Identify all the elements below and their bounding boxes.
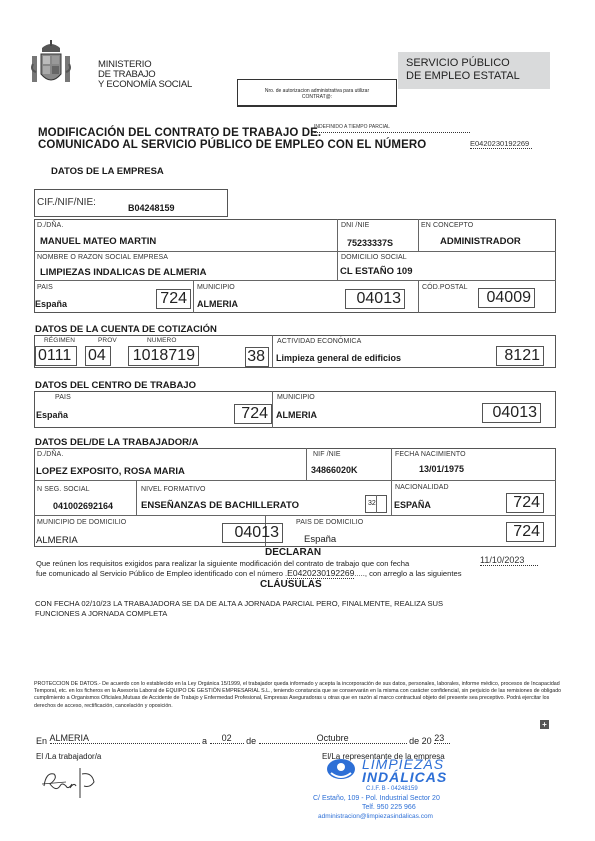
data-protection-notice: PROTECCION DE DATOS.- De acuerdo con lo … [34, 681, 564, 710]
firma-lugar: ALMERIA [50, 733, 200, 744]
declaran-fecha: 11/10/2023 [480, 555, 538, 566]
trab-nacimiento-label: FECHA NACIMIENTO [395, 451, 466, 458]
worker-signature-icon [40, 764, 100, 802]
contract-type: INDEFINIDO A TIEMPO PARCIAL [314, 124, 470, 133]
concepto-label: EN CONCEPTO [421, 222, 473, 229]
trab-nacimiento-value: 13/01/1975 [419, 464, 464, 474]
don-value: MANUEL MATEO MARTIN [40, 236, 156, 247]
concepto-value: ADMINISTRADOR [440, 236, 521, 247]
signature-place-date: En ALMERIA a 02 de Octubre de 20 23 [36, 736, 450, 747]
actividad-value: Limpieza general de edificios [276, 353, 401, 363]
contract-number: E0420230192269 [470, 139, 532, 149]
plus-icon[interactable]: + [540, 720, 549, 729]
declaran-line2: fue comunicado al Servicio Público de Em… [36, 568, 462, 578]
trab-pais-value: España [304, 534, 336, 545]
cif-label: CIF./NIF/NIE: [37, 197, 96, 208]
centro-pais-value: España [36, 410, 68, 420]
section-empresa: DATOS DE LA EMPRESA [51, 166, 164, 177]
regimen-code: 0111 [35, 346, 77, 366]
centro-pais-code: 724 [234, 404, 272, 424]
dni-value: 75233337S [347, 238, 393, 248]
razon-label: NOMBRE O RAZON SOCIAL EMPRESA [37, 254, 168, 261]
declaran-numero: E0420230192269 [287, 568, 354, 579]
centro-municipio-code: 04013 [482, 403, 541, 423]
cif-value: B04248159 [128, 203, 175, 213]
coat-of-arms-icon [30, 38, 72, 90]
section-centro: DATOS DEL CENTRO DE TRABAJO [35, 380, 196, 391]
trabajador-table [34, 448, 556, 547]
actividad-code: 8121 [496, 346, 544, 366]
prov-code: 04 [85, 346, 111, 366]
stamp-cif: C.I.F. B - 04248159 [366, 786, 418, 792]
document-title-line1: MODIFICACIÓN DEL CONTRATO DE TRABAJO DE. [38, 127, 321, 139]
domicilio-value: CL ESTAÑO 109 [340, 266, 413, 277]
trab-municipio-value: ALMERIA [36, 535, 78, 546]
domicilio-label: DOMICILIO SOCIAL [341, 254, 407, 261]
cp-code: 04009 [478, 288, 535, 308]
pais-code: 724 [156, 289, 191, 309]
trab-don-label: D./DÑA. [37, 451, 63, 458]
clausulas-text: CON FECHA 02/10/23 LA TRABAJADORA SE DA … [35, 599, 443, 618]
cp-label: CÓD.POSTAL [422, 284, 468, 291]
trab-don-value: LOPEZ EXPOSITO, ROSA MARIA [36, 466, 185, 477]
prov-label: PROV [98, 337, 117, 344]
trab-nacionalidad-value: ESPAÑA [394, 500, 431, 510]
trabajador-signature-label: El /La trabajador/a [36, 752, 101, 761]
trab-nivel-label: NIVEL FORMATIVO [141, 486, 206, 493]
clausulas-title: CLÁUSULAS [260, 579, 322, 590]
document-title-line2: COMUNICADO AL SERVICIO PÚBLICO DE EMPLEO… [38, 139, 426, 151]
stamp-brand2: INDÁLICAS [362, 769, 447, 785]
trab-nacionalidad-code: 724 [506, 493, 544, 513]
dc-code: 38 [245, 347, 269, 367]
regimen-label: RÉGIMEN [44, 337, 75, 344]
ministry-name: MINISTERIO DE TRABAJO Y ECONOMÍA SOCIAL [98, 60, 192, 90]
trab-nivel-value: ENSEÑANZAS DE BACHILLERATO [141, 500, 299, 511]
stamp-address: C/ Estaño, 109 - Pol. Industrial Sector … [313, 795, 440, 802]
firma-anio: 23 [434, 733, 450, 744]
section-trabajador: DATOS DEL/DE LA TRABAJADOR/A [35, 437, 198, 448]
trab-nacionalidad-label: NACIONALIDAD [395, 484, 449, 491]
firma-dia: 02 [210, 733, 244, 744]
pais-value: España [35, 299, 67, 309]
trab-municipio-label: MUNICIPIO DE DOMICILIO [37, 519, 126, 526]
trab-nss-label: N SEG. SOCIAL [37, 486, 90, 493]
numero-label: NUMERO [147, 337, 177, 344]
stamp-email: administracion@limpiezasindalicas.com [318, 813, 433, 820]
dni-label: DNI /NIE [341, 222, 369, 229]
firma-mes: Octubre [259, 733, 407, 744]
trab-nif-value: 34866020K [311, 465, 358, 475]
pais-label: PAIS [37, 284, 53, 291]
municipio-label: MUNICIPIO [197, 284, 235, 291]
centro-pais-label: PAIS [55, 394, 71, 401]
trab-pais-code: 724 [506, 522, 544, 542]
centro-municipio-value: ALMERIA [276, 410, 317, 420]
municipio-value: ALMERIA [197, 299, 238, 309]
don-label: D./DÑA. [37, 222, 63, 229]
centro-municipio-label: MUNICIPIO [277, 394, 315, 401]
numero-code: 1018719 [128, 346, 199, 366]
declaran-title: DECLARAN [265, 547, 321, 558]
razon-value: LIMPIEZAS INDALICAS DE ALMERIA [40, 267, 206, 278]
trab-nss-value: 041002692164 [53, 501, 113, 511]
section-cotizacion: DATOS DE LA CUENTA DE COTIZACIÓN [35, 324, 217, 335]
authorization-box: Nro. de autorizacion administrativa para… [237, 79, 397, 107]
stamp-phone: Telf. 950 225 966 [362, 804, 416, 811]
trab-pais-label: PAIS DE DOMICILIO [296, 519, 363, 526]
trab-nif-label: NIF /NIE [313, 451, 341, 458]
municipio-code: 04013 [345, 289, 405, 309]
actividad-label: ACTIVIDAD ECONÓMICA [277, 338, 361, 345]
company-logo-icon [325, 757, 357, 781]
trab-municipio-code: 04013 [222, 523, 283, 543]
sepe-label: SERVICIO PÚBLICO DE EMPLEO ESTATAL [398, 52, 550, 89]
